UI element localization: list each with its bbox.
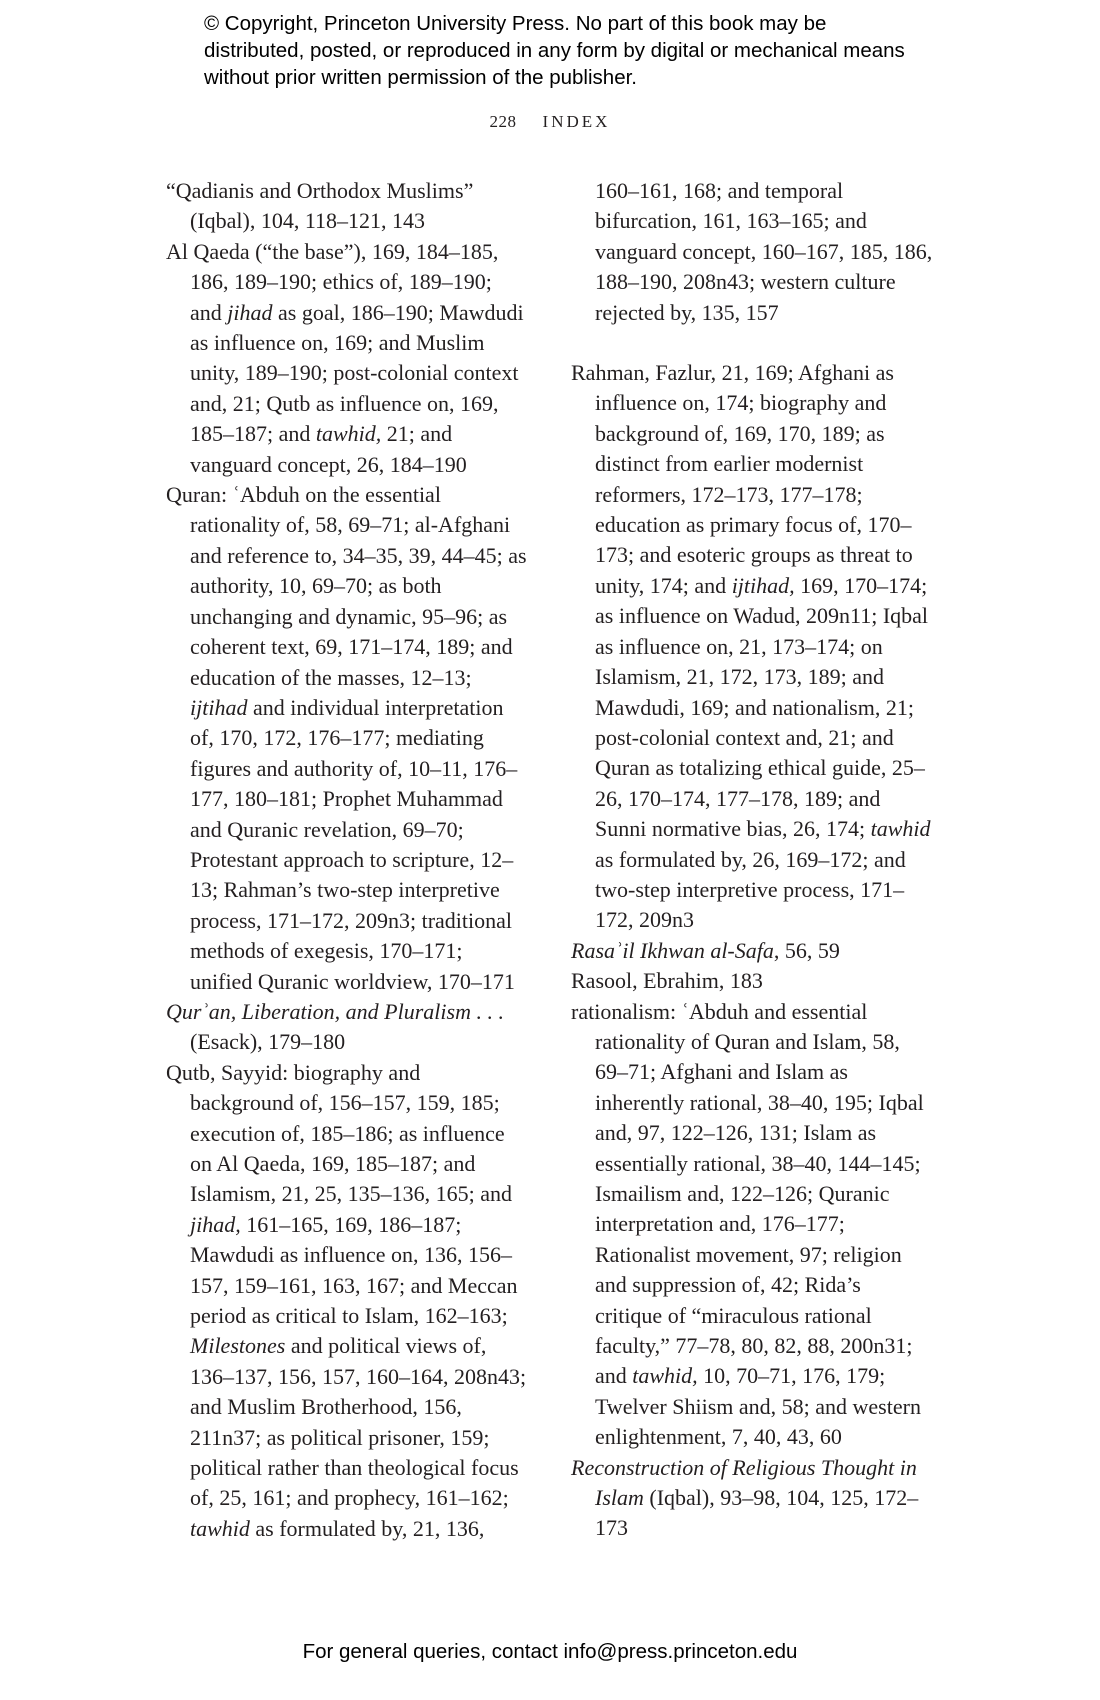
text-run: (Esack), 179–180: [190, 1029, 345, 1054]
text-run: rationalism: ʿAbduh and essential ration…: [571, 999, 924, 1389]
index-entry-rasool-ebrahim: Rasool, Ebrahim, 183: [571, 966, 933, 996]
section-title: INDEX: [543, 112, 611, 131]
italic-text: ijtihad: [190, 695, 247, 720]
index-column-right: 160–161, 168; and temporal bifurcation, …: [571, 176, 933, 1544]
text-run: as formulated by, 26, 169–172; and two-s…: [595, 847, 906, 933]
italic-text: tawhid: [871, 816, 931, 841]
page-number: 228: [490, 112, 517, 131]
text-run: 169, 170–174; as influence on Wadud, 209…: [595, 573, 928, 841]
italic-text: jihad: [227, 300, 272, 325]
letter-group-divider: [571, 328, 933, 358]
text-run: (Iqbal), 93–98, 104, 125, 172–173: [595, 1485, 918, 1540]
italic-text: ijtihad,: [732, 573, 795, 598]
index-entry-rahman-fazlur: Rahman, Fazlur, 21, 169; Afghani as infl…: [571, 358, 933, 936]
index-entry-qadianis: “Qadianis and Orthodox Muslims” (Iqbal),…: [166, 176, 528, 237]
italic-text: jihad,: [190, 1212, 241, 1237]
text-run: Rahman, Fazlur, 21, 169; Afghani as infl…: [571, 360, 913, 598]
text-run: and individual interpretation of, 170, 1…: [190, 695, 517, 994]
index-entry-quran: Quran: ʿAbduh on the essential rationali…: [166, 480, 528, 997]
text-run: “Qadianis and Orthodox Muslims” (Iqbal),…: [166, 178, 473, 233]
index-entry-rationalism: rationalism: ʿAbduh and essential ration…: [571, 997, 933, 1453]
index-entry-quran-liberation-pluralism: Qurʾan, Liberation, and Pluralism . . . …: [166, 997, 528, 1058]
text-run: Rasool, Ebrahim, 183: [571, 968, 763, 993]
italic-text: Qurʾan, Liberation, and Pluralism . . .: [166, 999, 504, 1024]
footer-contact: For general queries, contact info@press.…: [0, 1640, 1100, 1664]
index-entry-qutb-sayyid: Qutb, Sayyid: biography and background o…: [166, 1058, 528, 1545]
index-entry-rasail-ikhwan: Rasaʾil Ikhwan al-Safa, 56, 59: [571, 936, 933, 966]
italic-text: tawhid: [190, 1516, 250, 1541]
italic-text: Rasaʾil Ikhwan al-Safa: [571, 938, 774, 963]
index-column-left: “Qadianis and Orthodox Muslims” (Iqbal),…: [166, 176, 528, 1544]
text-run: , 56, 59: [774, 938, 840, 963]
text-run: as formulated by, 21, 136,: [250, 1516, 484, 1541]
italic-text: tawhid,: [632, 1363, 697, 1388]
text-run: Qutb, Sayyid: biography and background o…: [166, 1060, 512, 1207]
text-run: Quran: ʿAbduh on the essential rationali…: [166, 482, 527, 689]
index-entry-reconstruction: Reconstruction of Religious Thought in I…: [571, 1453, 933, 1544]
index-entry-qutb-continuation: 160–161, 168; and temporal bifurcation, …: [571, 176, 933, 328]
index-entry-al-qaeda: Al Qaeda (“the base”), 169, 184–185, 186…: [166, 237, 528, 480]
running-head: 228INDEX: [0, 112, 1100, 132]
text-run: and political views of, 136–137, 156, 15…: [190, 1333, 526, 1510]
copyright-notice: © Copyright, Princeton University Press.…: [204, 10, 924, 91]
italic-text: Milestones: [190, 1333, 285, 1358]
italic-text: tawhid,: [316, 421, 381, 446]
